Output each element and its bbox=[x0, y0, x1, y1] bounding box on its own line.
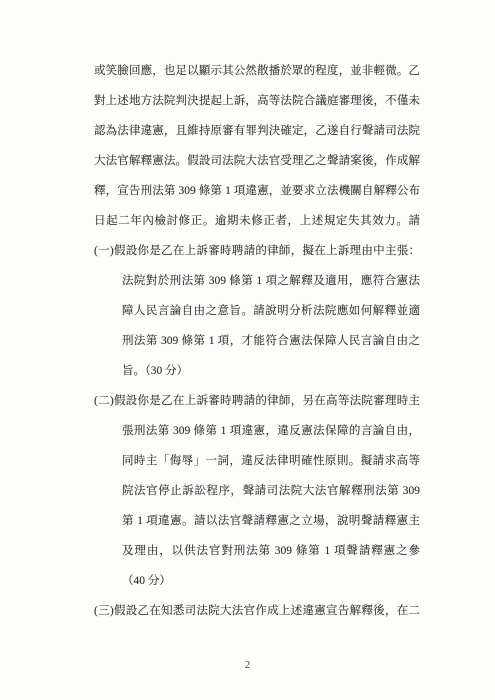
document-line-item-2: (二)假設你是乙在上訴審時聘請的律師，另在高等法院審理時主 bbox=[94, 386, 420, 416]
document-line: 釋，宣告刑法第 309 條第 1 項違憲，並要求立法機關自解釋公布 bbox=[94, 176, 420, 206]
document-line: 旨。（30 分） bbox=[122, 356, 420, 386]
document-line: 日起二年內檢討修正。逾期未修正者，上述規定失其效力。請問： bbox=[94, 206, 420, 236]
document-line: 或笑臉回應，也足以顯示其公然散播於眾的程度，並非輕微。乙 bbox=[94, 56, 420, 86]
document-line: 院法官停止訴訟程序，聲請司法院大法官解釋刑法第 309 條 bbox=[122, 476, 420, 506]
document-line: 刑法第 309 條第 1 項，才能符合憲法保障人民言論自由之意 bbox=[122, 326, 420, 356]
document-line: 同時主「侮辱」一詞，違反法律明確性原則。擬請求高等法 bbox=[122, 446, 420, 476]
document-line: 認為法律違憲，且維持原審有罪判決確定，乙遂自行聲請司法院 bbox=[94, 116, 420, 146]
document-line: 第 1 項違憲。請以法官聲請釋憲之立場，說明聲請釋憲主旨 bbox=[122, 506, 420, 536]
document-line-item-1: (一)假設你是乙在上訴審時聘請的律師，擬在上訴理由中主張： bbox=[94, 236, 420, 266]
document-line: （40 分） bbox=[122, 566, 420, 596]
page-number: 2 bbox=[0, 660, 495, 671]
document-line: 大法官解釋憲法。假設司法院大法官受理乙之聲請案後，作成解 bbox=[94, 146, 420, 176]
document-line: 張刑法第 309 條第 1 項違憲，違反憲法保障的言論自由，並 bbox=[122, 416, 420, 446]
document-page: 或笑臉回應，也足以顯示其公然散播於眾的程度，並非輕微。乙 對上述地方法院判決提起… bbox=[0, 0, 495, 700]
document-line: 障人民言論自由之意旨。請說明分析法院應如何解釋並適用 bbox=[122, 296, 420, 326]
document-text-block: 或笑臉回應，也足以顯示其公然散播於眾的程度，並非輕微。乙 對上述地方法院判決提起… bbox=[0, 0, 495, 626]
document-line: 法院對於刑法第 309 條第 1 項之解釋及適用，應符合憲法保 bbox=[122, 266, 420, 296]
document-line: 對上述地方法院判決提起上訴，高等法院合議庭審理後，不僅未 bbox=[94, 86, 420, 116]
document-line: 及理由，以供法官對刑法第 309 條第 1 項聲請釋憲之參考。 bbox=[122, 536, 420, 566]
document-line-item-3: (三)假設乙在知悉司法院大法官作成上述違憲宣告解釋後，在二 bbox=[94, 596, 420, 626]
